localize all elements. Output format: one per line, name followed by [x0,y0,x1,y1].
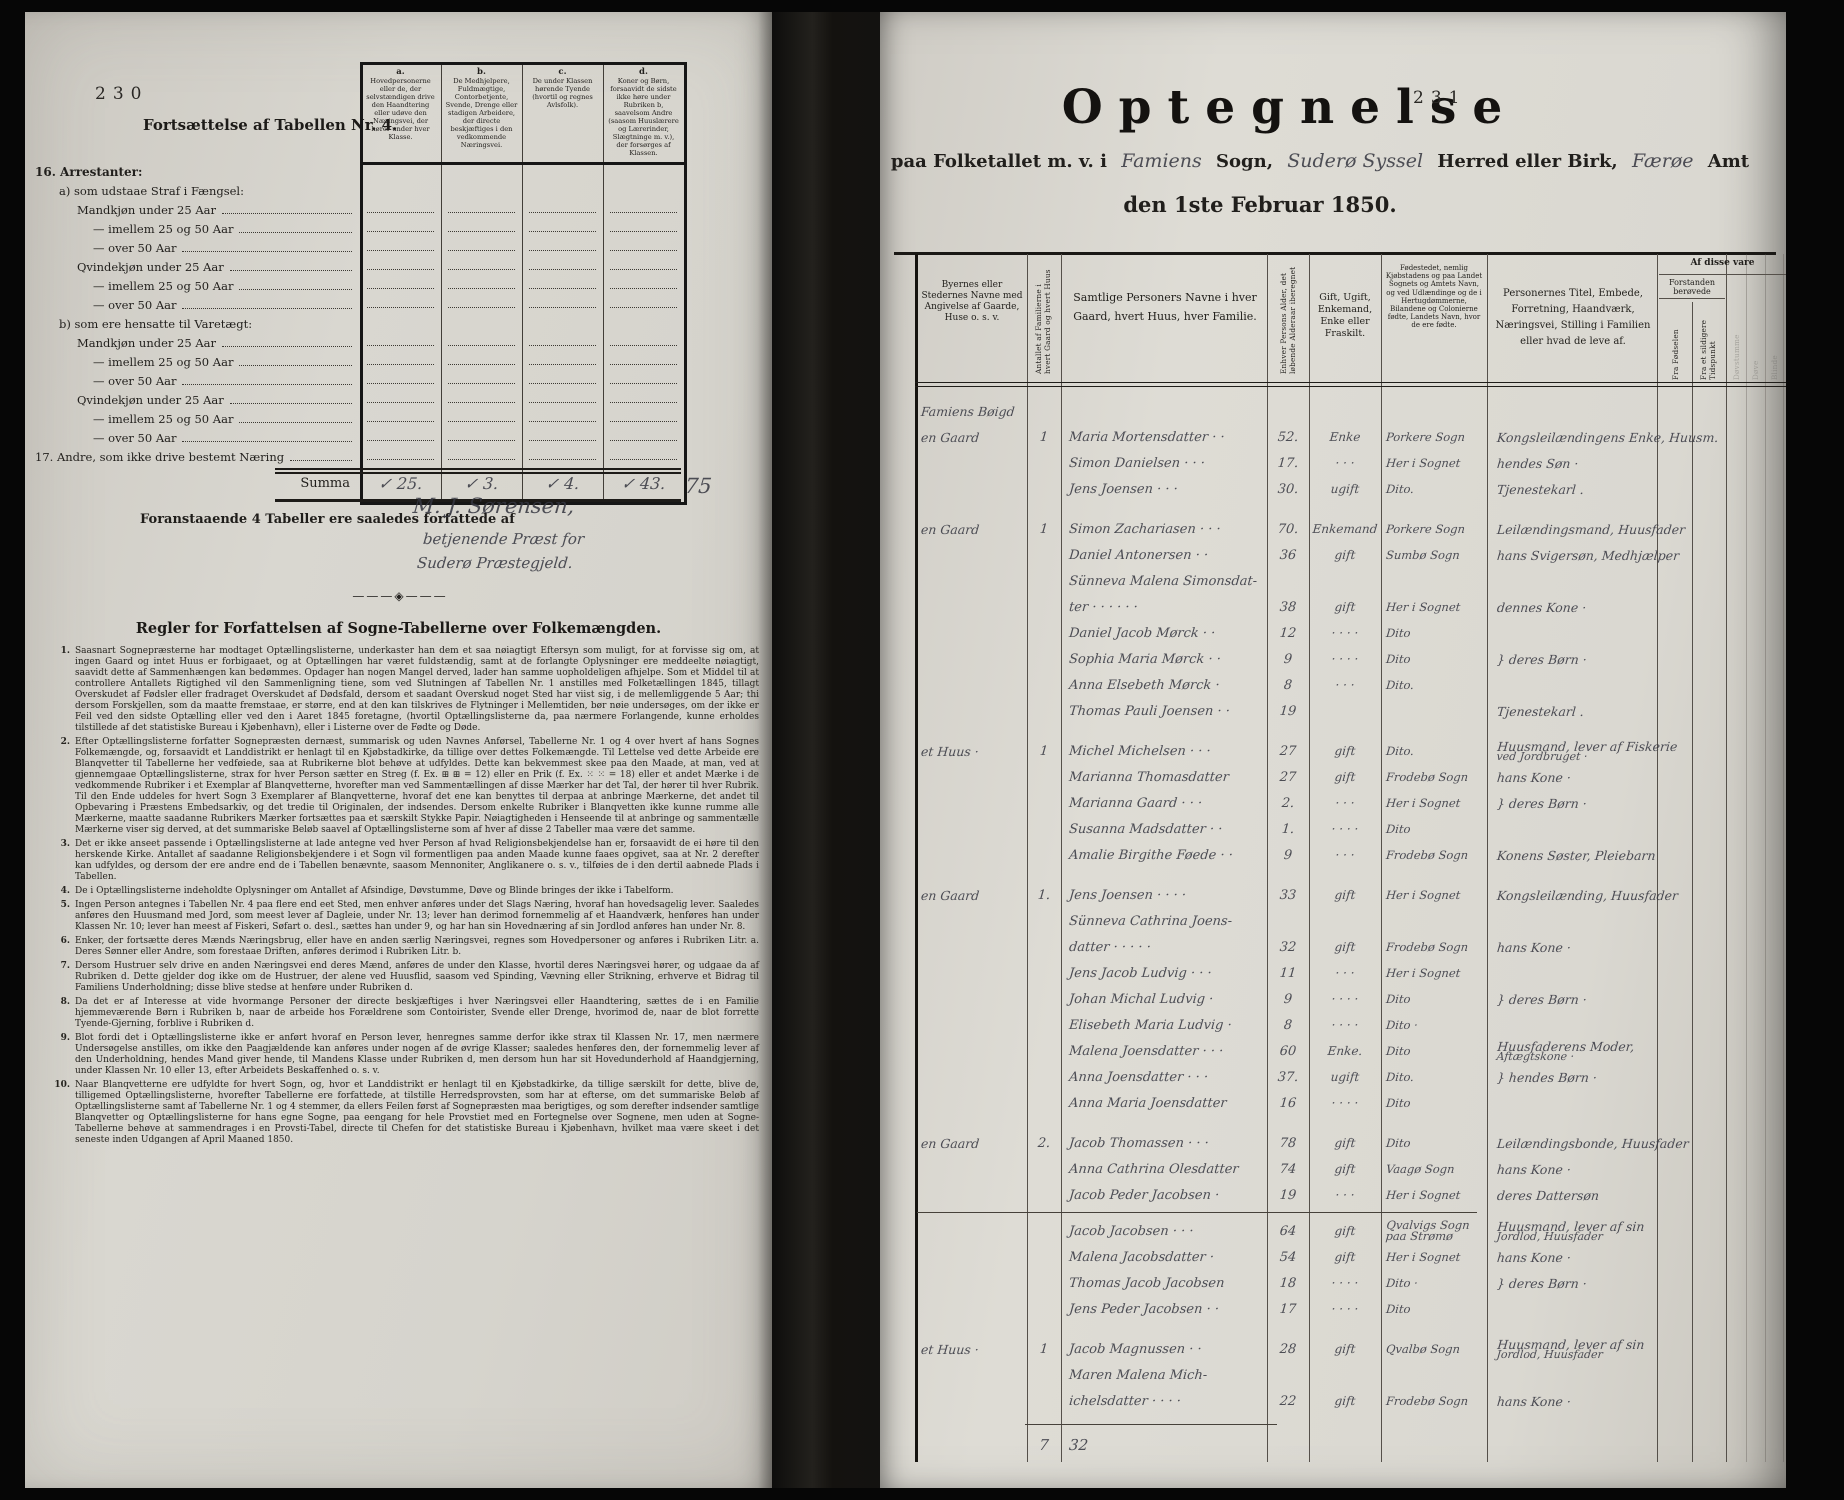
left-page: 230 Fortsættelse af Tabellen Nr. 4. a. H… [25,12,772,1488]
dotted-line [529,345,595,346]
table-row: Mandkjøn under 25 Aar [35,333,684,352]
table-row: 17. Andre, som ikke drive bestemt Næring [35,447,684,466]
table-row: Qvindekjøn under 25 Aar [35,257,684,276]
family-count-cell: 1. [1026,888,1061,903]
rule-paragraph: 2. Efter Optællingslisterne forfatter So… [53,737,759,836]
occupation-line1: hans Svigersøn, Medhjælper [1496,548,1679,563]
occupation-line1: hans Kone · [1496,1394,1571,1409]
name-cell: Sünneva Cathrina Joens- [1060,914,1267,929]
header-double-rule [915,382,1786,383]
rule-text: Da det er af Interesse at vide hvormange… [75,997,759,1030]
row-label: Qvindekjøn under 25 Aar [35,393,360,409]
dotted-leader [182,308,352,309]
dotted-line [448,421,514,422]
birthplace-cell: Qvalvigs Sogn paa Strømø [1380,1220,1488,1242]
faint-column-divider [1783,254,1784,1462]
rules-heading: Regler for Forfattelsen af Sogne-Tabelle… [25,620,772,637]
dotted-leader [290,460,352,461]
row-label: — imellem 25 og 50 Aar [35,412,360,428]
table-column-headers: a. Hovedpersonerne eller de, der selvstæ… [360,65,684,162]
place-cell: et Huus · [914,744,1027,759]
census-row: Johan Michal Ludvig · 9 · · · · Dito } d… [915,986,1657,1012]
name-cell: Thomas Jacob Jacobsen [1060,1276,1267,1291]
civil-status-cell: · · · · [1308,1018,1381,1032]
dotted-line [529,288,595,289]
age-cell: 32 [1266,940,1309,955]
age-cell: 74 [1266,1162,1309,1177]
dotted-line [529,212,595,213]
rule-text: Saasnart Sognepræsterne har modtaget Opt… [75,646,759,734]
table-row: — over 50 Aar [35,371,684,390]
civil-status-cell: · · · · [1308,1096,1381,1110]
family-count-cell: 1 [1026,430,1061,445]
rule-number: 4. [53,886,70,897]
name-cell: Amalie Birgithe Føede · · [1060,848,1267,863]
column-header-text: De Medhjelpere, Fuldmægtige, Contorbetje… [444,77,519,149]
census-row: Sünneva Malena Simonsdat- [915,568,1657,594]
dotted-line [448,212,514,213]
age-cell: 54 [1266,1250,1309,1265]
civil-status-cell: · · · [1308,1188,1381,1202]
summa-label: Summa [35,476,360,491]
rule-text: Naar Blanqvetterne ere udfyldte for hver… [75,1080,759,1146]
census-date: den 1ste Februar 1850. [880,192,1640,217]
name-cell: Malena Jacobsdatter · [1060,1250,1267,1265]
table-row: Mandkjøn under 25 Aar [35,200,684,219]
family-count-cell: 1 [1026,522,1061,537]
sub-column-divider [1692,302,1693,1462]
district-name-handwritten: Suderø Syssel [1279,150,1431,172]
birthplace-cell: Her i Sognet [1381,1190,1488,1201]
dotted-line [529,421,595,422]
census-row: en Gaard 1 Simon Zachariasen · · · 70. E… [915,516,1657,542]
age-cell: 8 [1266,678,1309,693]
name-cell: Daniel Antonersen · · [1060,548,1267,563]
place-cell: et Huus · [914,1342,1027,1357]
occupation-cell: Huusmand, lever af sinJordlod, Huusfader [1486,1337,1658,1361]
census-row: Daniel Antonersen · · 36 gift Sumbø Sogn… [915,542,1657,568]
rule-number: 2. [53,737,70,836]
civil-status-cell: gift [1308,1136,1381,1150]
dotted-line [448,459,514,460]
column-letter: c. [525,67,600,77]
name-cell: datter · · · · · [1060,940,1267,955]
header-of-these-text: Af disse vare [1690,258,1754,268]
birthplace-cell: Dito [1381,1046,1488,1057]
dotted-leader [182,251,352,252]
place-cell: Famiens Bøigd [914,404,1027,419]
column-header: b. De Medhjelpere, Fuldmægtige, Contorbe… [441,65,522,162]
dotted-line [610,307,676,308]
birthplace-cell: Her i Sognet [1381,968,1488,979]
dotted-line [448,269,514,270]
census-row: et Huus · 1 Michel Michelsen · · · 27 gi… [915,738,1657,764]
dotted-line [448,383,514,384]
occupation-cell: hans Svigersøn, Medhjælper [1486,548,1679,563]
name-cell: Sünneva Malena Simonsdat- [1060,574,1267,589]
birthplace-cell: Frodebø Sogn [1381,772,1488,783]
header-birthplace: Fødestedet, nemlig Kjøbstadens og paa La… [1384,264,1484,330]
occupation-cell: Huusfaderens Moder,Aftægtskone · [1486,1039,1658,1063]
row-label-text: — over 50 Aar [93,298,176,312]
occupation-line1: hans Kone · [1496,1162,1571,1177]
census-row: en Gaard 1 Maria Mortensdatter · · 52. E… [915,424,1657,450]
name-cell: 32 [1060,1436,1268,1454]
dotted-line [367,383,433,384]
header-occupation: Personernes Titel, Embede, Forretning, H… [1492,286,1654,350]
dotted-leader [239,365,352,366]
name-cell: Jens Joensen · · · [1060,482,1267,497]
column-divider [1726,254,1727,1462]
name-cell: Thomas Pauli Joensen · · [1060,704,1267,719]
birthplace-cell: Porkere Sogn [1381,432,1488,443]
row-label: — imellem 25 og 50 Aar [35,222,360,238]
census-row: Anna Joensdatter · · · 37. ugift Dito. }… [915,1064,1657,1090]
dotted-line [529,383,595,384]
rule-number: 10. [53,1080,70,1146]
census-row: Marianna Gaard · · · 2. · · · Her i Sogn… [915,790,1657,816]
name-cell: Marianna Thomasdatter [1060,770,1267,785]
name-cell: Simon Zachariasen · · · [1060,522,1267,537]
name-cell: Anna Maria Joensdatter [1060,1096,1267,1111]
column-header: a. Hovedpersonerne eller de, der selvstæ… [360,65,441,162]
signature-parish: Suderø Præstegjeld. [416,554,573,572]
row-label: 16. Arrestanter: [35,165,360,181]
name-cell: Marianna Gaard · · · [1060,796,1267,811]
birthplace-cell: Dito [1381,994,1488,1005]
subtitle-printed: Amt [1708,151,1749,172]
age-cell: 9 [1266,652,1309,667]
place-cell: en Gaard [914,888,1027,903]
dotted-leader [182,384,352,385]
census-row: Malena Jacobsdatter · 54 gift Her i Sogn… [915,1244,1657,1270]
age-cell: 27 [1266,744,1309,759]
age-cell: 2. [1266,796,1309,811]
rule-text: Enker, der fortsætte deres Mænds Nærings… [75,936,759,958]
dotted-line [367,440,433,441]
occupation-cell: } deres Børn · [1486,1276,1657,1291]
header-blind-faint: Blinde [1767,280,1783,380]
row-label-text: — imellem 25 og 50 Aar [93,222,233,236]
family-count-cell: 2. [1026,1136,1061,1151]
dotted-line [529,269,595,270]
dotted-line [610,383,676,384]
age-cell: 11 [1266,966,1309,981]
civil-status-cell: · · · [1308,966,1381,980]
birthplace-cell: Porkere Sogn [1381,524,1488,535]
dotted-leader [222,346,352,347]
dotted-line [529,250,595,251]
age-cell: 18 [1266,1276,1309,1291]
age-cell: 30. [1266,482,1309,497]
age-cell: 19 [1266,1188,1309,1203]
civil-status-cell: gift [1308,770,1381,784]
dotted-leader [239,232,352,233]
age-cell: 22 [1266,1394,1309,1409]
census-row: Jens Jacob Ludvig · · · 11 · · · Her i S… [915,960,1657,986]
name-cell: Jacob Magnussen · · [1060,1342,1267,1357]
birthplace-cell: Dito. [1381,1072,1488,1083]
occupation-cell: Konens Søster, Pleiebarn [1486,848,1657,863]
name-cell: Michel Michelsen · · · [1060,744,1267,759]
row-label: — over 50 Aar [35,241,360,257]
census-row: Thomas Jacob Jacobsen 18 · · · · Dito · … [915,1270,1657,1296]
name-cell: Susanna Madsdatter · · [1060,822,1267,837]
place-cell: en Gaard [914,1136,1027,1151]
census-row: Thomas Pauli Joensen · · 19 Tjenestekarl… [915,698,1657,724]
civil-status-cell: · · · · [1308,1302,1381,1316]
dotted-line [610,231,676,232]
rule-text: Ingen Person antegnes i Tabellen Nr. 4 p… [75,900,759,933]
census-row: Marianna Thomasdatter 27 gift Frodebø So… [915,764,1657,790]
summa-value-a: ✓ 25. [359,474,442,493]
occupation-cell: Kongsleilænding, Huusfader [1486,888,1678,903]
table-row: — imellem 25 og 50 Aar [35,352,684,371]
rule-paragraph: 8. Da det er af Interesse at vide hvorma… [53,997,759,1030]
birthplace-cell: Dito [1381,824,1488,835]
civil-status-cell: gift [1308,940,1381,954]
census-row: Anna Cathrina Olesdatter 74 gift Vaagø S… [915,1156,1657,1182]
occupation-line1: } hendes Børn · [1496,1070,1597,1085]
birthplace-cell: Frodebø Sogn [1381,1396,1488,1407]
header-names: Samtlige Personers Navne i hver Gaard, h… [1066,288,1264,326]
row-label-text: — imellem 25 og 50 Aar [93,355,233,369]
census-row: Sophia Maria Mørck · · 9 · · · · Dito } … [915,646,1657,672]
civil-status-cell: gift [1308,1162,1381,1176]
header-deranged-from-birth-text: Fra Fødselen [1672,302,1681,380]
rule-paragraph: 3. Det er ikke anseet passende i Optælli… [53,839,759,883]
birthplace-cell: Dito [1381,1098,1488,1109]
civil-status-cell: gift [1308,888,1381,902]
name-cell: Jacob Peder Jacobsen · [1060,1188,1267,1203]
header-place: Byernes eller Stedernes Navne med Angive… [920,280,1024,324]
age-cell: 12 [1266,626,1309,641]
name-cell: Jens Joensen · · · · [1060,888,1267,903]
row-label: Mandkjøn under 25 Aar [35,203,360,219]
place-cell: en Gaard [914,430,1027,445]
birthplace-cell: Vaagø Sogn [1381,1164,1488,1175]
dotted-line [367,288,433,289]
table-row: 16. Arrestanter: [35,162,684,181]
dotted-line [610,440,676,441]
row-label: — over 50 Aar [35,431,360,447]
county-name-handwritten: Færøe [1624,150,1702,172]
dotted-line [610,269,676,270]
table-rows: 16. Arrestanter: a) som udstaae Straf i … [35,162,684,466]
table-row: — imellem 25 og 50 Aar [35,276,684,295]
column-letter: d. [606,67,681,77]
column-letter: a. [363,67,438,77]
header-families-text: Antallet af Familierne i hvert Gaard og … [1035,262,1053,374]
header-deaf-faint: Døve [1748,280,1764,380]
birthplace-cell: Dito · [1381,1020,1488,1031]
occupation-line1: Tjenestekarl . [1496,482,1584,497]
table-row: a) som udstaae Straf i Fængsel: [35,181,684,200]
occupation-line1: hans Kone · [1496,1250,1571,1265]
civil-status-cell: gift [1308,1224,1381,1238]
column-letter: b. [444,67,519,77]
header-deranged-from-birth: Fra Fødselen [1661,302,1691,380]
census-row: Simon Danielsen · · · 17. · · · Her i So… [915,450,1657,476]
birthplace-cell: Dito. [1381,746,1488,757]
dotted-line [610,459,676,460]
civil-status-cell: · · · [1308,796,1381,810]
birthplace-cell: Dito [1381,654,1488,665]
age-cell: 70. [1266,522,1309,537]
census-title: Optegnelse [880,80,1700,135]
rule-text: De i Optællingslisterne indeholdte Oplys… [75,886,674,897]
dotted-leader [230,270,352,271]
occupation-cell: deres Dattersøn [1486,1188,1657,1203]
birthplace-cell: Frodebø Sogn [1381,850,1488,861]
header-deafmute-faint: Døvstumme [1729,280,1745,380]
header-deafmute-text: Døvstumme [1733,280,1742,380]
age-cell: 9 [1266,848,1309,863]
row-label-text: — imellem 25 og 50 Aar [93,279,233,293]
age-cell: 78 [1266,1136,1309,1151]
row-label-text: 17. Andre, som ikke drive bestemt Næring [35,450,284,464]
rule-number: 1. [53,646,70,734]
column-header: d. Koner og Børn, forsaavidt de sidste i… [603,65,684,162]
birthplace-cell: Dito. [1381,484,1488,495]
civil-status-cell: gift [1308,1342,1381,1356]
family-count-cell: 1 [1026,1342,1061,1357]
table-row: Qvindekjøn under 25 Aar [35,390,684,409]
header-deranged-later-text: Fra et sildigere Tidspunkt [1700,302,1718,380]
subtitle-printed: Herred eller Birk, [1437,151,1617,172]
header-deranged: Forstanden berøvede [1659,278,1725,296]
book-gutter-shadow [758,12,894,1488]
row-label-text: b) som ere hensatte til Varetægt: [59,317,252,331]
name-cell: Anna Cathrina Olesdatter [1060,1162,1267,1177]
occupation-line1: dennes Kone · [1496,600,1587,615]
census-row: Daniel Jacob Mørck · · 12 · · · · Dito [915,620,1657,646]
margin-note-75: 75 [684,474,713,498]
census-row: en Gaard 2. Jacob Thomassen · · · 78 gif… [915,1130,1657,1156]
census-row: Jacob Peder Jacobsen · 19 · · · Her i So… [915,1182,1657,1208]
birthplace-cell: Her i Sognet [1381,890,1488,901]
occupation-line1: Tjenestekarl . [1496,704,1584,719]
dotted-line [367,402,433,403]
ornament-divider: ———◈——— [335,589,465,603]
occupation-cell: hans Kone · [1486,1394,1657,1409]
dotted-line [448,288,514,289]
birthplace-cell: Dito [1381,628,1488,639]
rule-paragraph: 4. De i Optællingslisterne indeholdte Op… [53,886,759,897]
birthplace-cell: Dito · [1381,1278,1488,1289]
occupation-line1: Leilændingsbonde, Huusfader [1496,1136,1689,1151]
census-rows: Famiens Bøigd en Gaard 1 Maria Mortensda… [915,398,1657,1458]
occupation-line1: } deres Børn · [1496,1276,1587,1291]
age-cell: 60 [1266,1044,1309,1059]
row-label: b) som ere hensatte til Varetægt: [35,317,360,333]
rule-number: 9. [53,1033,70,1077]
birthplace-cell: Her i Sognet [1381,1252,1488,1263]
occupation-cell: hans Kone · [1486,770,1657,785]
census-row: et Huus · 1 Jacob Magnussen · · 28 gift … [915,1336,1657,1362]
dotted-line [610,250,676,251]
civil-status-cell: · · · [1308,456,1381,470]
row-label: Mandkjøn under 25 Aar [35,336,360,352]
census-row: Elisebeth Maria Ludvig · 8 · · · · Dito … [915,1012,1657,1038]
occupation-line1: hendes Søn · [1496,456,1579,471]
header-deaf-text: Døve [1752,280,1761,380]
name-cell: Anna Elsebeth Mørck · [1060,678,1267,693]
dotted-line [367,307,433,308]
census-table: Byernes eller Stedernes Navne med Angive… [880,252,1786,1467]
row-label: — over 50 Aar [35,298,360,314]
table-row: b) som ere hensatte til Varetægt: [35,314,684,333]
census-row: datter · · · · · 32 gift Frodebø Sogn ha… [915,934,1657,960]
occupation-cell: Huusmand, lever af Fiskerieved Jordbruge… [1486,739,1678,763]
civil-status-cell: gift [1308,600,1381,614]
rule-paragraph: 1. Saasnart Sognepræsterne har modtaget … [53,646,759,734]
occupation-line1: deres Dattersøn [1496,1188,1599,1203]
rule-number: 7. [53,961,70,994]
dotted-line [610,402,676,403]
header-of-these: Af disse vare [1659,258,1786,268]
right-page: Optegnelse 231 paa Folketallet m. v. i F… [880,12,1786,1488]
occupation-cell: hans Kone · [1486,1162,1657,1177]
civil-status-cell: · · · · [1308,652,1381,666]
civil-status-cell: · · · · [1308,626,1381,640]
rule-paragraph: 9. Blot fordi det i Optællingslisterne i… [53,1033,759,1077]
name-cell: Jens Peder Jacobsen · · [1060,1302,1267,1317]
column-header-text: Hovedpersonerne eller de, der selvstændi… [363,77,438,141]
dotted-line [367,269,433,270]
dotted-line [448,440,514,441]
civil-status-cell: · · · · [1308,992,1381,1006]
occupation-cell: Tjenestekarl . [1486,482,1657,497]
birthplace-cell: Her i Sognet [1381,798,1488,809]
birthplace-cell: Frodebø Sogn [1381,942,1488,953]
age-cell: 38 [1266,600,1309,615]
header-blind-text: Blinde [1771,280,1780,380]
dotted-line [529,364,595,365]
census-row: Maren Malena Mich- [915,1362,1657,1388]
birthplace-cell: Sumbø Sogn [1381,550,1488,561]
census-row: Amalie Birgithe Føede · · 9 · · · Frodeb… [915,842,1657,868]
age-cell: 19 [1266,704,1309,719]
name-cell: Johan Michal Ludvig · [1060,992,1267,1007]
rules-list: 1. Saasnart Sognepræsterne har modtaget … [53,646,759,1149]
subtitle-printed: paa Folketallet m. v. i [891,151,1107,172]
name-cell: Jacob Thomassen · · · [1060,1136,1267,1151]
census-row: Sünneva Cathrina Joens- [915,908,1657,934]
occupation-cell: } deres Børn · [1486,992,1657,1007]
family-count-cell: 7 [1026,1436,1062,1454]
age-cell: 37. [1266,1070,1309,1085]
header-deranged-later: Fra et sildigere Tidspunkt [1694,302,1724,380]
row-label-text: — over 50 Aar [93,241,176,255]
dotted-leader [182,441,352,442]
age-cell: 28 [1266,1342,1309,1357]
occupation-cell: Kongsleilændingens Enke, Huusm. [1486,430,1719,445]
signature-title: betjenende Præst for [422,530,585,548]
name-cell: Malena Joensdatter · · · [1060,1044,1267,1059]
table-row: — imellem 25 og 50 Aar [35,409,684,428]
subtitle-printed: Sogn, [1216,151,1273,172]
dotted-line [448,364,514,365]
dotted-line [367,231,433,232]
dotted-line [610,421,676,422]
civil-status-cell: gift [1308,548,1381,562]
age-cell: 52. [1266,430,1309,445]
civil-status-cell: · · · · [1308,1276,1381,1290]
civil-status-cell: gift [1308,1250,1381,1264]
rule-text: Dersom Hustruer selv drive en anden Næri… [75,961,759,994]
census-row: ichelsdatter · · · · 22 gift Frodebø Sog… [915,1388,1657,1414]
